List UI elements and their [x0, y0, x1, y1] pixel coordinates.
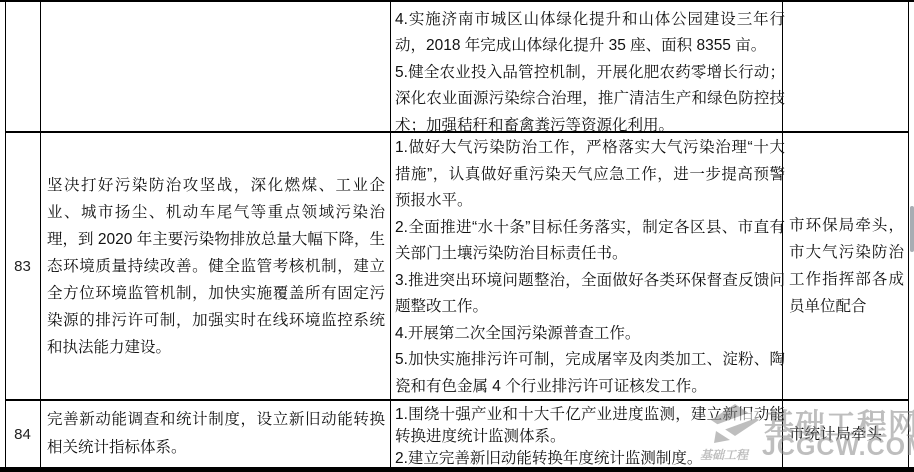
scrollbar-thumb[interactable] [910, 206, 914, 252]
responsible-cell: 市统计局牵头 [783, 401, 908, 467]
measure-item: 1.做好大气污染防治工作，严格落实大气污染治理“十大措施”，认真做好重污染天气应… [395, 135, 785, 215]
responsible-text: 市环保局牵头，市大气污染防治工作指挥部各成员单位配合 [783, 212, 908, 320]
task-text: 完善新动能调查和统计制度，设立新旧动能转换相关统计指标体系。 [41, 406, 389, 462]
row-number: 83 [14, 258, 31, 275]
measure-item: 5.加快实施排污许可制，完成屠宰及肉类加工、淀粉、陶瓷和有色金属 4 个行业排污… [395, 347, 785, 400]
measure-item: 4.开展第二次全国污染源普查工作。 [395, 321, 785, 348]
measure-item: 3.推进突出环境问题整治，全面做好各类环保督查反馈问题整改工作。 [395, 268, 785, 321]
row-number-cell: 83 [6, 133, 39, 399]
measure-item: 2.全面推进“水十条”目标任务落实，制定各区县、市直有关部门土壤污染防治目标责任… [395, 215, 785, 268]
row-number-cell [6, 2, 39, 131]
measure-item: 4.实施济南市城区山体绿化提升和山体公园建设三年行动，2018 年完成山体绿化提… [395, 7, 785, 60]
measure-item: 2.建立完善新旧动能转换年度统计监测制度。 [395, 448, 785, 470]
measure-item: 5.健全农业投入品管控机制，开展化肥农药零增长行动；深化农业面源污染综合治理，推… [395, 60, 785, 136]
document-table-page: 4.实施济南市城区山体绿化提升和山体公园建设三年行动，2018 年完成山体绿化提… [0, 0, 914, 472]
responsible-cell: 市环保局牵头，市大气污染防治工作指挥部各成员单位配合 [783, 133, 908, 399]
table-border-right [908, 0, 909, 467]
task-cell [41, 2, 389, 131]
task-cell: 坚决打好污染防治攻坚战，深化燃煤、工业企业、城市扬尘、机动车尾气等重点领域污染治… [41, 133, 389, 399]
task-text: 坚决打好污染防治攻坚战，深化燃煤、工业企业、城市扬尘、机动车尾气等重点领域污染治… [41, 172, 389, 361]
task-cell: 完善新动能调查和统计制度，设立新旧动能转换相关统计指标体系。 [41, 401, 389, 467]
responsible-text: 市统计局牵头 [783, 421, 886, 448]
measure-item: 1.围绕十强产业和十大千亿产业进度监测，建立新旧动能转换进度统计监测体系。 [395, 404, 785, 448]
row-number: 84 [14, 426, 31, 443]
row-number-cell: 84 [6, 401, 39, 467]
measures-cell: 1.围绕十强产业和十大千亿产业进度监测，建立新旧动能转换进度统计监测体系。2.建… [391, 401, 791, 470]
responsible-cell [783, 2, 908, 131]
measures-cell: 4.实施济南市城区山体绿化提升和山体公园建设三年行动，2018 年完成山体绿化提… [391, 2, 791, 136]
measures-cell: 1.做好大气污染防治工作，严格落实大气污染治理“十大措施”，认真做好重污染天气应… [391, 133, 791, 401]
